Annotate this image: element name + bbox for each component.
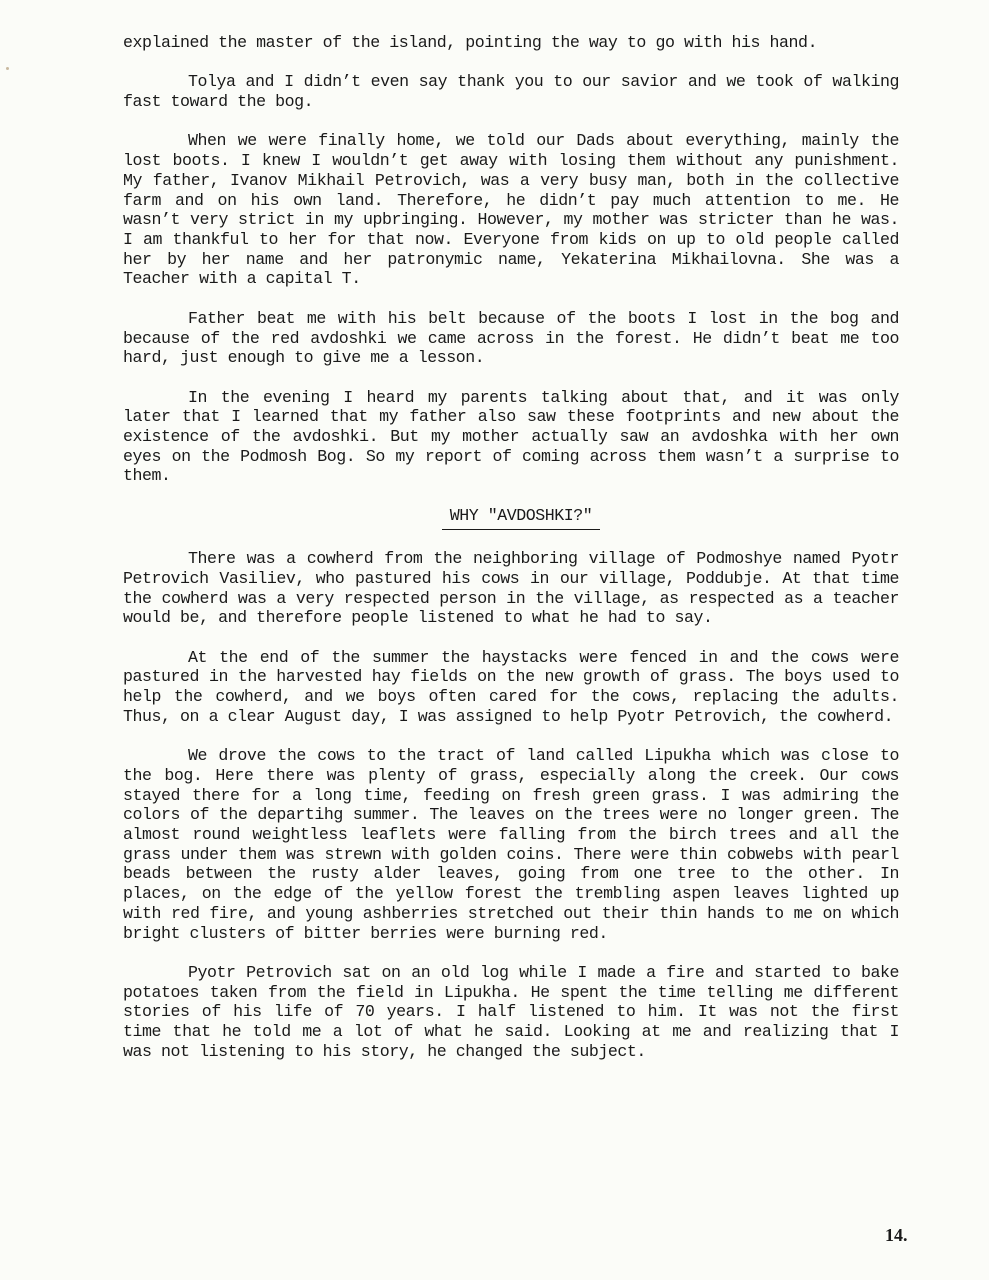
paragraph-evening: In the evening I heard my parents talkin… — [123, 388, 899, 487]
paragraph-belt: Father beat me with his belt because of … — [123, 309, 899, 368]
document-page: explained the master of the island, poin… — [123, 33, 899, 1081]
paragraph-cowherd: There was a cowherd from the neighboring… — [123, 549, 899, 628]
paragraph-tolya: Tolya and I didn’t even say thank you to… — [123, 72, 899, 111]
section-heading-text: WHY "AVDOSHKI?" — [442, 506, 601, 530]
page-number: 14. — [885, 1225, 908, 1246]
paragraph-summer: At the end of the summer the haystacks w… — [123, 648, 899, 727]
paragraph-lipukha: We drove the cows to the tract of land c… — [123, 746, 899, 943]
paragraph-continuation: explained the master of the island, poin… — [123, 33, 899, 53]
paragraph-home: When we were finally home, we told our D… — [123, 131, 899, 289]
section-heading: WHY "AVDOSHKI?" — [123, 506, 899, 530]
scan-speck — [6, 67, 9, 70]
paragraph-log: Pyotr Petrovich sat on an old log while … — [123, 963, 899, 1062]
